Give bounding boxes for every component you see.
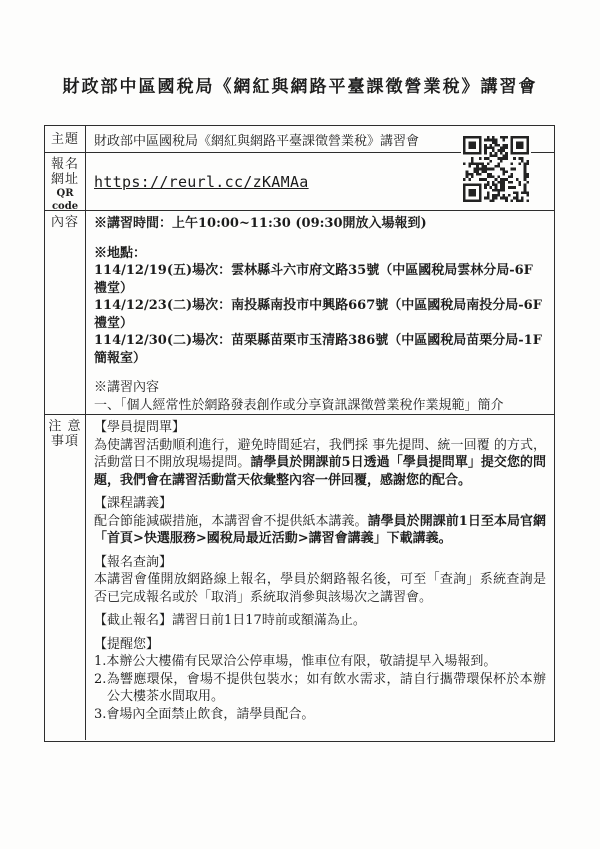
session-item: 114/12/23(二)場次：南投縣南投市中興路667號（中區國稅局南投分局-6…: [94, 297, 546, 332]
handout-heading: 【課程講義】: [94, 495, 546, 513]
document-page: 財政部中區國稅局《網紅與網路平臺課徵營業稅》講習會 主題 財政部中區國稅局《網紅…: [0, 0, 600, 849]
content-label-text: 內容: [51, 215, 79, 230]
registration-label: 報名 網址 QR code: [45, 153, 86, 210]
reminder-heading: 【提醒您】: [94, 636, 546, 654]
notes-body: 【學員提問單】 為使講習活動順利進行，避免時間延宕，我們採 事先提問、統一回覆 …: [86, 415, 554, 740]
notes-label-line: 事項: [51, 434, 79, 449]
registration-url-link[interactable]: https://reurl.cc/zKAMAa: [94, 173, 309, 191]
content-body: ※講習時間：上午10:00~11:30 (09:30開放入場報到) ※地點： 1…: [86, 211, 554, 414]
question-sheet-text: 為使講習活動順利進行，避免時間延宕，我們採 事先提問、統一回覆 的方式，活動當日…: [94, 437, 546, 490]
seminar-time: ※講習時間：上午10:00~11:30 (09:30開放入場報到): [94, 215, 546, 233]
notes-label: 注 意 事項: [45, 415, 86, 740]
notes-row: 注 意 事項 【學員提問單】 為使講習活動順利進行，避免時間延宕，我們採 事先提…: [45, 415, 554, 740]
topic-label-text: 主題: [51, 132, 79, 147]
content-row: 內容 ※講習時間：上午10:00~11:30 (09:30開放入場報到) ※地點…: [45, 211, 554, 415]
reminder-item: 2.為響應環保，會場不提供包裝水；如有飲水需求，請自行攜帶環保杯於本辦公大樓茶水…: [94, 671, 546, 706]
reminder-item: 1.本辦公大樓備有民眾洽公停車場，惟車位有限，敬請提早入場報到。: [94, 653, 546, 671]
registration-label-line: 網址: [51, 172, 79, 187]
reminder-item: 3.會場內全面禁止飲食，請學員配合。: [94, 706, 546, 724]
query-text: 本講習會僅開放網路線上報名，學員於網路報名後，可至「查詢」系統查詢是否已完成報名…: [94, 571, 546, 606]
question-sheet-heading: 【學員提問單】: [94, 419, 546, 437]
content-label: 內容: [45, 211, 86, 414]
agenda-item: 一、「個人經常性於網路發表創作或分享資訊課徵營業稅作業規範」簡介: [94, 397, 546, 415]
registration-label-line: QR: [56, 187, 73, 200]
registration-label-line: 報名: [51, 157, 79, 172]
session-item: 114/12/30(二)場次：苗栗縣苗栗市玉清路386號（中區國稅局苗栗分局-1…: [94, 332, 546, 367]
page-title: 財政部中區國稅局《網紅與網路平臺課徵營業稅》講習會: [0, 72, 600, 97]
query-heading: 【報名查詢】: [94, 554, 546, 572]
deadline-line: 【截止報名】講習日前1日17時前或額滿為止。: [94, 612, 546, 630]
info-table: 主題 財政部中區國稅局《網紅與網路平臺課徵營業稅》講習會 報名 網址 QR co…: [44, 125, 555, 742]
topic-label: 主題: [45, 126, 86, 152]
location-heading: ※地點：: [94, 245, 546, 263]
handout-text: 配合節能減碳措施，本講習會不提供紙本講義。請學員於開課前1日至本局官網「首頁>快…: [94, 513, 546, 548]
agenda-heading: ※講習內容: [94, 379, 546, 397]
session-item: 114/12/19(五)場次：雲林縣斗六市府文路35號（中區國稅局雲林分局-6F…: [94, 262, 546, 297]
qr-code: [461, 134, 531, 204]
notes-label-line: 注 意: [48, 419, 81, 434]
